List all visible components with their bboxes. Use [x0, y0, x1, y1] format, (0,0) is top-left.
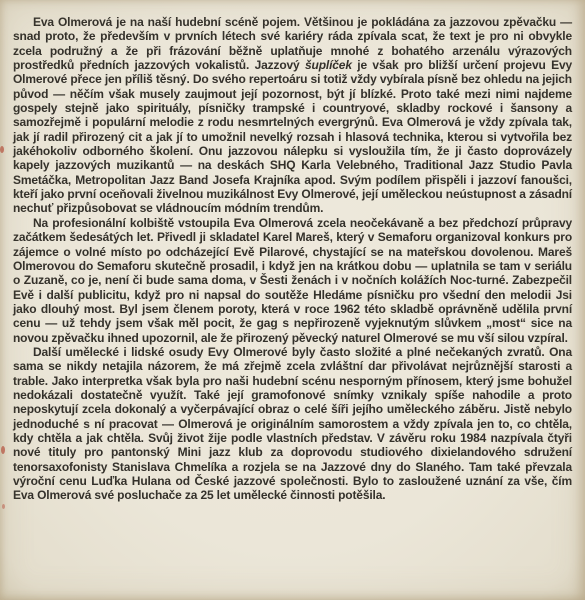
- red-scan-fleck: [1, 446, 5, 454]
- paragraph-later-life: Další umělecké i lidské osudy Evy Olmero…: [13, 345, 572, 503]
- paragraph-text: Na profesionální kolbiště vstoupila Eva …: [13, 216, 572, 345]
- red-scan-fleck: [0, 146, 4, 153]
- paragraph-text: Další umělecké i lidské osudy Evy Olmero…: [13, 345, 572, 502]
- paragraph-career-start: Na profesionální kolbiště vstoupila Eva …: [13, 216, 572, 345]
- scanned-page: Eva Olmerová je na naší hudební scéně po…: [0, 0, 585, 600]
- red-scan-fleck: [2, 504, 5, 509]
- paragraph-text: je však pro bližší určení projevu Evy Ol…: [13, 58, 572, 215]
- italic-term: šuplíček: [305, 58, 352, 72]
- paragraph-intro: Eva Olmerová je na naší hudební scéně po…: [13, 15, 572, 216]
